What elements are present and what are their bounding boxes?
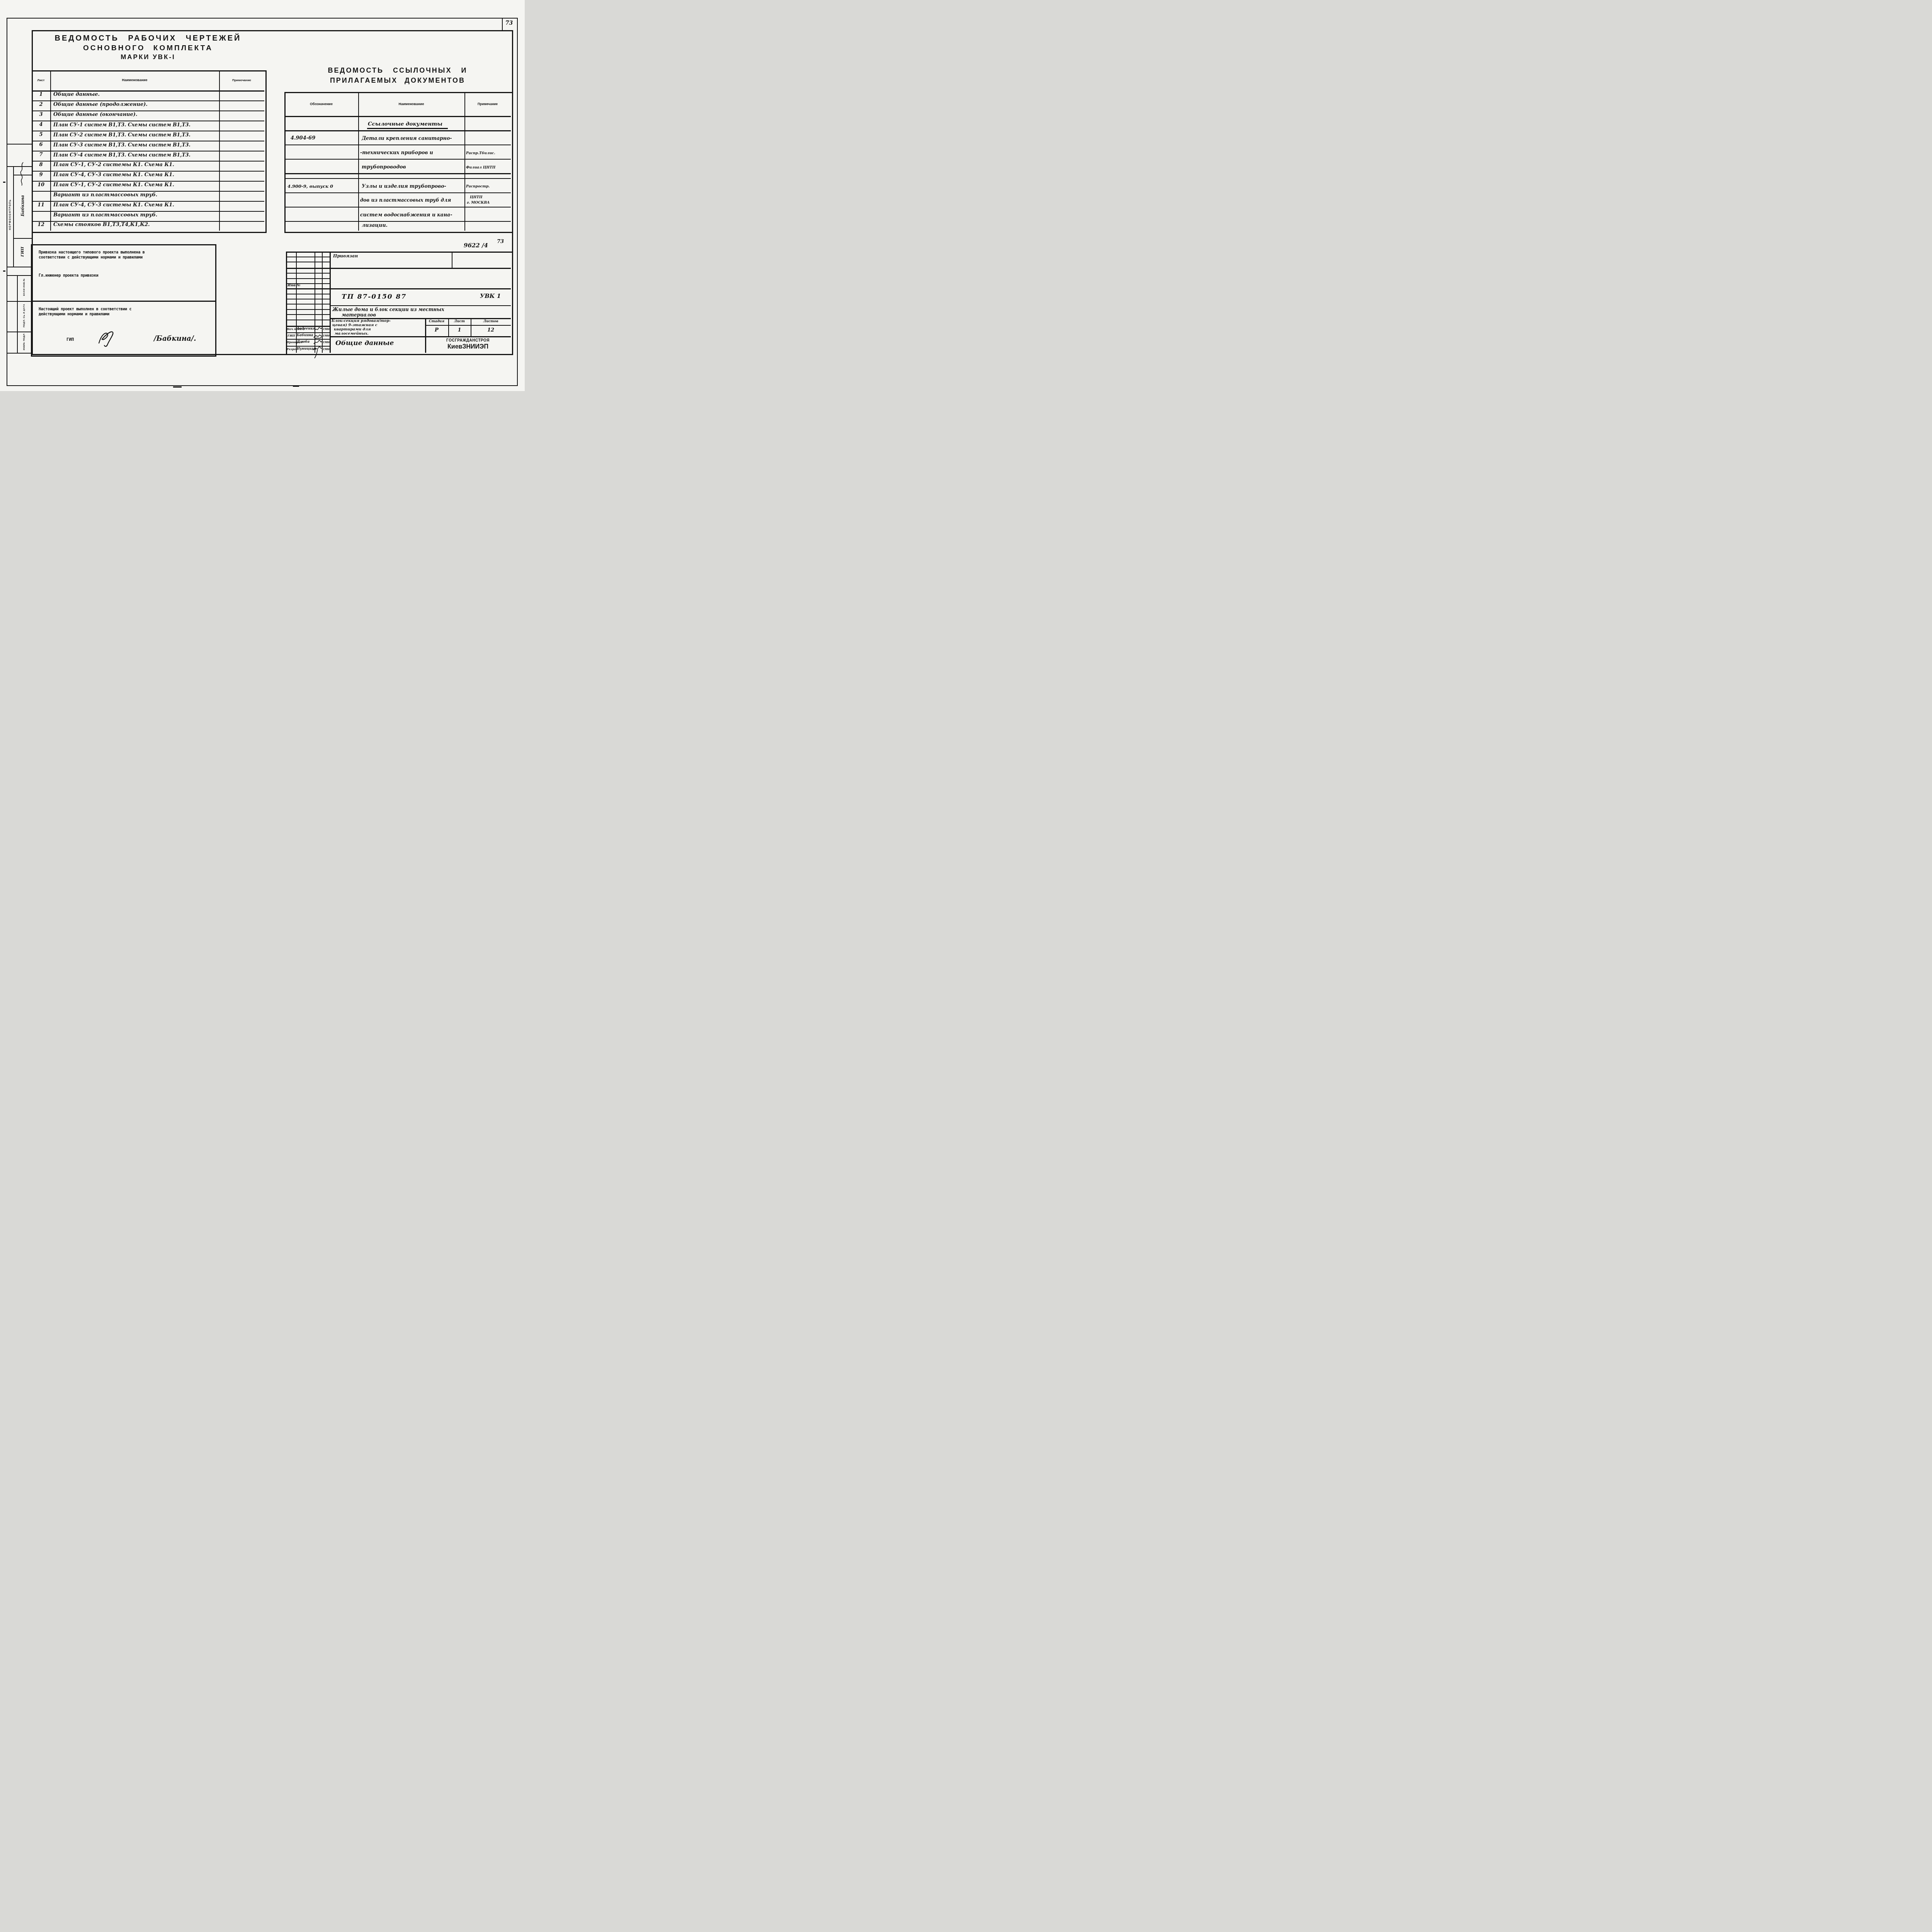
tb-grid-line [286, 304, 330, 304]
ref-row-code: 4.904-69 [291, 135, 315, 141]
tb-org-line1: ГОСГРАЖДАНСТРОЯ [425, 338, 511, 343]
tb-grid-line [330, 252, 331, 353]
worklist-row-text: План СУ-2 систем В1,Т3. Схемы систем В1,… [53, 132, 190, 138]
ref-col-line [464, 92, 465, 231]
tb-staff-date: 1986 [323, 348, 330, 351]
tb-band-line [286, 268, 511, 269]
tb-mark: УВК 1 [480, 293, 501, 299]
tb-staff-name: Дзюба [297, 340, 310, 344]
tb-grid-line [286, 299, 330, 299]
worklist-row-num: 2 [32, 102, 50, 107]
worklist-row-text: Общие данные (продолжение). [53, 102, 148, 107]
ref-row-text: систем водоснабжения и кана- [360, 212, 452, 218]
sidebar-gip-name: Бабкина [20, 187, 25, 225]
tb-staff-date: 1986 [323, 328, 330, 331]
worklist-row-text: Вариант из пластмассовых труб. [53, 212, 157, 218]
worklist-row-line [32, 161, 264, 162]
sidebar-line [7, 144, 32, 145]
ref-row-text: -технических приборов и [360, 150, 433, 155]
scan-artifact [3, 270, 5, 272]
worklist-row-num: 11 [32, 202, 50, 208]
worklist-row-line [32, 181, 264, 182]
tb-grid-line [286, 262, 330, 262]
worklist-row-text: План СУ-1, СУ-2 системы К1. Схема К1. [53, 162, 174, 168]
staff-signature [313, 339, 322, 345]
ref-row-line [284, 192, 511, 193]
ref-col-line [358, 92, 359, 231]
worklist-row-text: План СУ-4, СУ-3 системы К1. Схема К1. [53, 172, 174, 178]
page-handwritten: 73 [497, 239, 504, 245]
worklist-row-text: Общие данные (окончание). [53, 112, 138, 117]
ref-row-line [284, 173, 511, 174]
tb-object-line1: Блок-секция рядовая/тор- [332, 319, 391, 323]
ref-row-line [284, 221, 511, 222]
tb-grid-line [286, 314, 330, 315]
ref-title-line1: ВЕДОМОСТЬ ССЫЛОЧНЫХ И [284, 66, 511, 75]
tb-inv-no: Инв № [287, 284, 301, 287]
note2-line1: Настоящий проект выполнен в соответствии… [39, 307, 131, 311]
worklist-row-num: 8 [32, 162, 50, 168]
scan-artifact [3, 182, 5, 183]
worklist-row-num: 5 [32, 132, 50, 138]
tb-series-line2: материалов [342, 312, 376, 318]
worklist-row-text: Общие данные. [53, 92, 100, 97]
worklist-row-line [32, 141, 264, 141]
worklist-row-text: План СУ-4 систем В1,Т3. Схемы систем В1,… [53, 152, 190, 158]
sidebar-line [17, 275, 18, 353]
ref-row-text: Детали крепления санитарно- [362, 135, 452, 141]
tb-grid-line [286, 278, 330, 279]
worklist-row-num: 12 [32, 222, 50, 228]
tb-grid-line [286, 257, 330, 257]
worklist-header-note: Примечание [219, 78, 264, 82]
ref-row-line [284, 178, 511, 179]
ref-header-note: Примечание [464, 102, 511, 106]
worklist-row-line [32, 201, 264, 202]
worklist-row-line [32, 131, 264, 131]
ref-row-line [284, 145, 511, 145]
ref-header-line [284, 116, 511, 117]
tb-sheets-value: 12 [471, 327, 511, 333]
ref-section-heading: Ссылочные документы [367, 121, 448, 129]
tb-grid-line [286, 339, 330, 340]
sidebar-normcontrol-label: НОРМОКОНТРОЛЬ [9, 192, 12, 238]
main-title-line1: ВЕДОМОСТЬ РАБОЧИХ ЧЕРТЕЖЕЙ [32, 34, 264, 43]
tb-object-line3: квартирами для [334, 327, 371, 332]
sheet-number: 73 [502, 20, 516, 26]
note2-role: ГИП [66, 337, 74, 342]
ref-row-text: дов из пластмассовых труб для [360, 197, 451, 203]
ref-row-text: Узлы и изделия трубопрово- [362, 183, 446, 189]
ref-row-note: ЦНТП [470, 196, 482, 199]
sidebar-line [7, 275, 32, 276]
main-title-line3: МАРКИ УВК-I [32, 53, 264, 61]
tb-grid-line [286, 346, 330, 347]
sidebar-line [7, 267, 32, 267]
note2-name: /Бабкина/. [154, 335, 196, 343]
note2-line2: действующими нормами и правилами [39, 312, 109, 316]
tb-band-line [330, 336, 511, 337]
note1-line2: соответствии с действующими нормами и пр… [39, 255, 143, 260]
tb-staff-role: Разраб [287, 347, 298, 351]
sidebar-line [7, 301, 32, 302]
ref-row-line [284, 130, 511, 131]
tb-staff-name: Бабкина [297, 333, 313, 337]
worklist-row-text: План СУ-4, СУ-3 системы К1. Схема К1. [53, 202, 174, 208]
tb-sheets-label: Листов [471, 320, 511, 323]
worklist-row-text: План СУ-1, СУ-2 системы К1. Схема К1. [53, 182, 174, 188]
worklist-row-text: План СУ-1 систем В1,Т3. Схемы систем В1,… [53, 122, 190, 128]
tb-band-line [286, 288, 511, 289]
tb-doc-code: ТП 87-0150 87 [342, 293, 406, 301]
tb-series-line1: Жилые дома и блок секции из местных [332, 307, 444, 312]
ref-row-code: 4.900-9, выпуск 0 [287, 184, 333, 189]
worklist-row-num: 7 [32, 152, 50, 158]
ref-row-note: Распр.Тбилис. [466, 151, 495, 155]
tb-stage-label: Стадия [425, 320, 448, 323]
worklist-row-num: 6 [32, 142, 50, 148]
ref-header-name: Наименование [358, 102, 464, 106]
tb-grid-line [286, 309, 330, 310]
ref-row-text: лизации. [362, 222, 388, 228]
worklist-row-line [32, 151, 264, 151]
ref-title: ВЕДОМОСТЬ ССЫЛОЧНЫХ И ПРИЛАГАЕМЫХ ДОКУМЕ… [284, 66, 511, 85]
main-title: ВЕДОМОСТЬ РАБОЧИХ ЧЕРТЕЖЕЙ ОСНОВНОГО КОМ… [32, 34, 264, 61]
tb-org-line2: КиевЗНИИЭП [425, 344, 511, 350]
worklist-row-num: 9 [32, 172, 50, 178]
tb-band-line [330, 305, 511, 306]
doc-ref-handwritten: 9622 /4 [464, 242, 488, 249]
note1-signoff: Гл.инженер проекта привязки [39, 274, 98, 278]
sidebar-line [7, 353, 32, 354]
gip-signature [96, 328, 119, 348]
worklist-row-text: Вариант из пластмассовых труб. [53, 192, 157, 198]
sidebar-signature [19, 162, 26, 186]
tb-staff-name: Авдеенко [297, 327, 315, 331]
staff-signature [313, 332, 323, 340]
worklist-row-num: 4 [32, 122, 50, 128]
tb-grid-line [286, 273, 330, 274]
tb-sheet-title: Общие данные [335, 339, 394, 347]
ref-row-note: Распростр. [466, 185, 490, 189]
tb-divider [452, 252, 452, 268]
sidebar-inv-label: ИНВ№ ПОДЛ [23, 327, 26, 357]
tb-staff-date: 1986 [323, 341, 330, 344]
ref-row-line [284, 207, 511, 207]
note1-line1: Привязка настоящего типового проекта вып… [39, 250, 145, 255]
tb-object-line4: малосемейных. [335, 332, 369, 336]
sidebar-line [13, 166, 14, 267]
scan-artifact [173, 386, 182, 388]
worklist-row-num: 3 [32, 112, 50, 117]
worklist-header-name: Наименование [50, 78, 219, 82]
tb-divider [425, 325, 511, 326]
tb-grid-line [296, 252, 297, 353]
tb-stage-value: Р [425, 327, 448, 333]
tb-sheet-label: Лист [448, 320, 471, 323]
worklist-row-line [32, 111, 264, 111]
tb-object-line2: цевая) 9-этажная с [332, 323, 377, 327]
tb-grid-line [286, 294, 330, 294]
scan-artifact [293, 386, 299, 387]
tb-privyazan: Привязан [333, 253, 358, 259]
ref-row-note: Филиал ЦНТП [466, 166, 495, 170]
ref-header-code: Обозначение [284, 102, 358, 106]
worklist-header-sheet: Лист [32, 78, 50, 82]
tb-staff-role: ГИП [287, 334, 295, 337]
drawing-sheet: 73 ВЕДОМОСТЬ РАБОЧИХ ЧЕРТЕЖЕЙ ОСНОВНОГО … [0, 0, 525, 391]
staff-signature [314, 326, 322, 332]
tb-grid-line [286, 332, 330, 333]
worklist-row-line [32, 100, 264, 101]
worklist-row-line [32, 211, 264, 212]
tb-grid-line [286, 320, 330, 320]
tb-staff-date: 1986 [323, 334, 330, 337]
main-title-line2: ОСНОВНОГО КОМПЛЕКТА [32, 44, 264, 53]
ref-title-line2: ПРИЛАГАЕМЫХ ДОКУМЕНТОВ [284, 77, 511, 85]
ref-row-line [284, 159, 511, 160]
tb-sheet-value: 1 [448, 327, 471, 333]
worklist-row-text: Схемы стояков В1,Т3,Т4,К1,К2. [53, 222, 150, 228]
worklist-row-line [32, 191, 264, 192]
sidebar-gip-role: ГИП [20, 240, 25, 264]
sidebar-line [7, 332, 32, 332]
worklist-row-num: 10 [32, 182, 50, 188]
sidebar-line [13, 238, 32, 239]
worklist-row-line [32, 171, 264, 172]
ref-row-note: г. МОСКВА [467, 201, 490, 205]
worklist-row-num: 1 [32, 92, 50, 97]
staff-signature [312, 345, 322, 359]
worklist-row-line [32, 121, 264, 121]
ref-row-text: трубопроводов [362, 164, 406, 170]
worklist-row-text: План СУ-3 систем В1,Т3. Схемы систем В1,… [53, 142, 190, 148]
